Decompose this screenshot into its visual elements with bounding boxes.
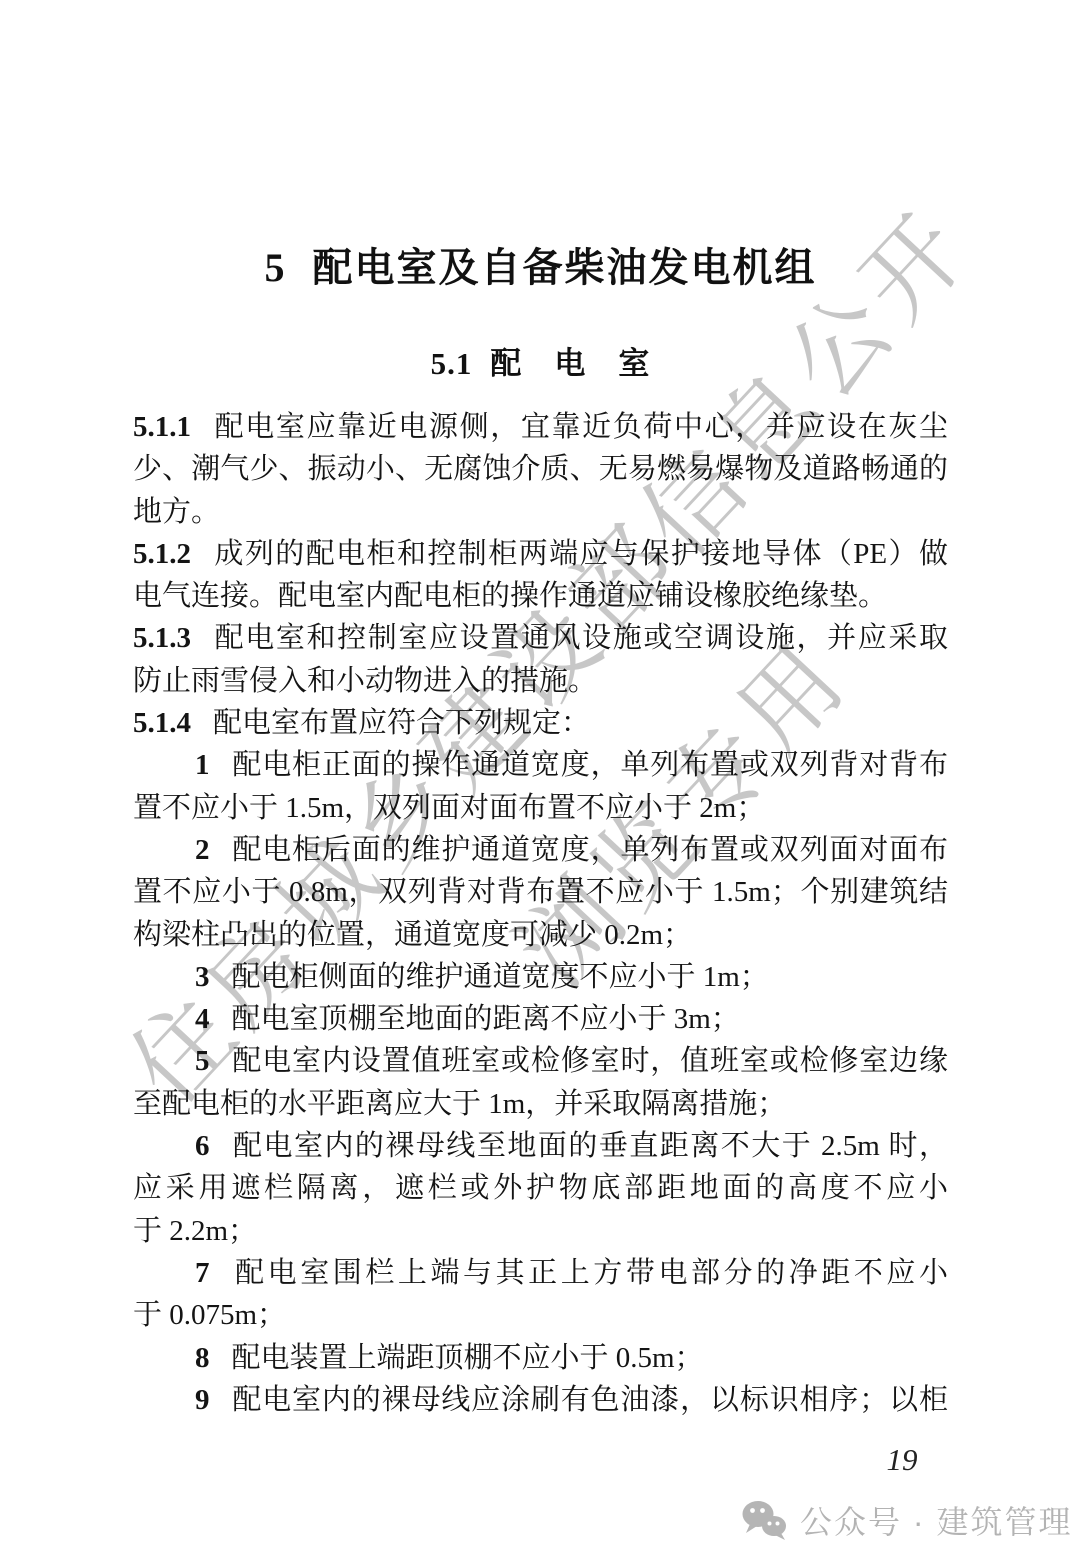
text-line: 9配电室内的裸母线应涂刷有色油漆，以标识相序；以柜 [133, 1379, 948, 1421]
text-line: 防止雨雪侵入和小动物进入的措施。 [133, 660, 948, 702]
text-line: 5.1.4配电室布置应符合下列规定： [133, 702, 948, 744]
chapter-heading: 5配电室及自备柴油发电机组 [133, 240, 948, 296]
section-heading: 5.1配 电 室 [133, 342, 948, 386]
clause-number: 2 [195, 834, 210, 866]
clause-number: 5.1.3 [133, 622, 191, 654]
clause-number: 5 [195, 1045, 210, 1077]
text-line: 于 2.2m； [133, 1210, 948, 1252]
text-line: 1配电柜正面的操作通道宽度，单列布置或双列背对背布 [133, 744, 948, 786]
text-line: 5.1.1配电室应靠近电源侧，宜靠近负荷中心，并应设在灰尘 [133, 406, 948, 448]
text-line: 地方。 [133, 491, 948, 533]
clause-number: 4 [195, 1003, 210, 1035]
footer: 公众号 · 建筑管理 [740, 1496, 1072, 1544]
chapter-number: 5 [265, 245, 287, 290]
text-line: 应采用遮栏隔离，遮栏或外护物底部距地面的高度不应小 [133, 1167, 948, 1209]
text-line: 6配电室内的裸母线至地面的垂直距离不大于 2.5m 时， [133, 1125, 948, 1167]
text-line: 少、潮气少、振动小、无腐蚀介质、无易燃易爆物及道路畅通的 [133, 448, 948, 490]
wechat-icon [740, 1499, 790, 1541]
text-line: 8配电装置上端距顶棚不应小于 0.5m； [133, 1337, 948, 1379]
text-line: 置不应小于 0.8m，双列背对背布置不应小于 1.5m；个别建筑结 [133, 871, 948, 913]
clause-number: 5.1.4 [133, 707, 191, 739]
page-number: 19 [872, 1442, 932, 1478]
text-line: 4配电室顶棚至地面的距离不应小于 3m； [133, 998, 948, 1040]
clause-number: 7 [195, 1257, 210, 1289]
text-line: 于 0.075m； [133, 1294, 948, 1336]
text-line: 2配电柜后面的维护通道宽度，单列布置或双列面对面布 [133, 829, 948, 871]
clause-number: 9 [195, 1384, 210, 1416]
clause-number: 5.1.1 [133, 411, 191, 443]
section-title: 配 电 室 [490, 346, 650, 381]
section-number: 5.1 [431, 346, 473, 381]
text-line: 置不应小于 1.5m，双列面对面布置不应小于 2m； [133, 787, 948, 829]
clause-number: 6 [195, 1130, 210, 1162]
footer-label: 公众号 · 建筑管理 [800, 1497, 1072, 1543]
text-line: 电气连接。配电室内配电柜的操作通道应铺设橡胶绝缘垫。 [133, 575, 948, 617]
text-line: 7配电室围栏上端与其正上方带电部分的净距不应小 [133, 1252, 948, 1294]
clause-number: 1 [195, 749, 210, 781]
text-line: 构梁柱凸出的位置，通道宽度可减少 0.2m； [133, 914, 948, 956]
text-line: 3配电柜侧面的维护通道宽度不应小于 1m； [133, 956, 948, 998]
clause-number: 8 [195, 1342, 210, 1374]
chapter-title: 配电室及自备柴油发电机组 [313, 245, 817, 290]
text-line: 至配电柜的水平距离应大于 1m，并采取隔离措施； [133, 1083, 948, 1125]
clause-number: 5.1.2 [133, 538, 191, 570]
body-text: 5.1.1配电室应靠近电源侧，宜靠近负荷中心，并应设在灰尘少、潮气少、振动小、无… [133, 406, 948, 1421]
text-line: 5配电室内设置值班室或检修室时，值班室或检修室边缘 [133, 1040, 948, 1082]
document-page: 住房城乡建设部信息公开 浏览专用 5配电室及自备柴油发电机组 5.1配 电 室 … [0, 0, 1080, 1564]
clause-number: 3 [195, 961, 210, 993]
text-line: 5.1.3配电室和控制室应设置通风设施或空调设施，并应采取 [133, 617, 948, 659]
text-line: 5.1.2成列的配电柜和控制柜两端应与保护接地导体（PE）做 [133, 533, 948, 575]
